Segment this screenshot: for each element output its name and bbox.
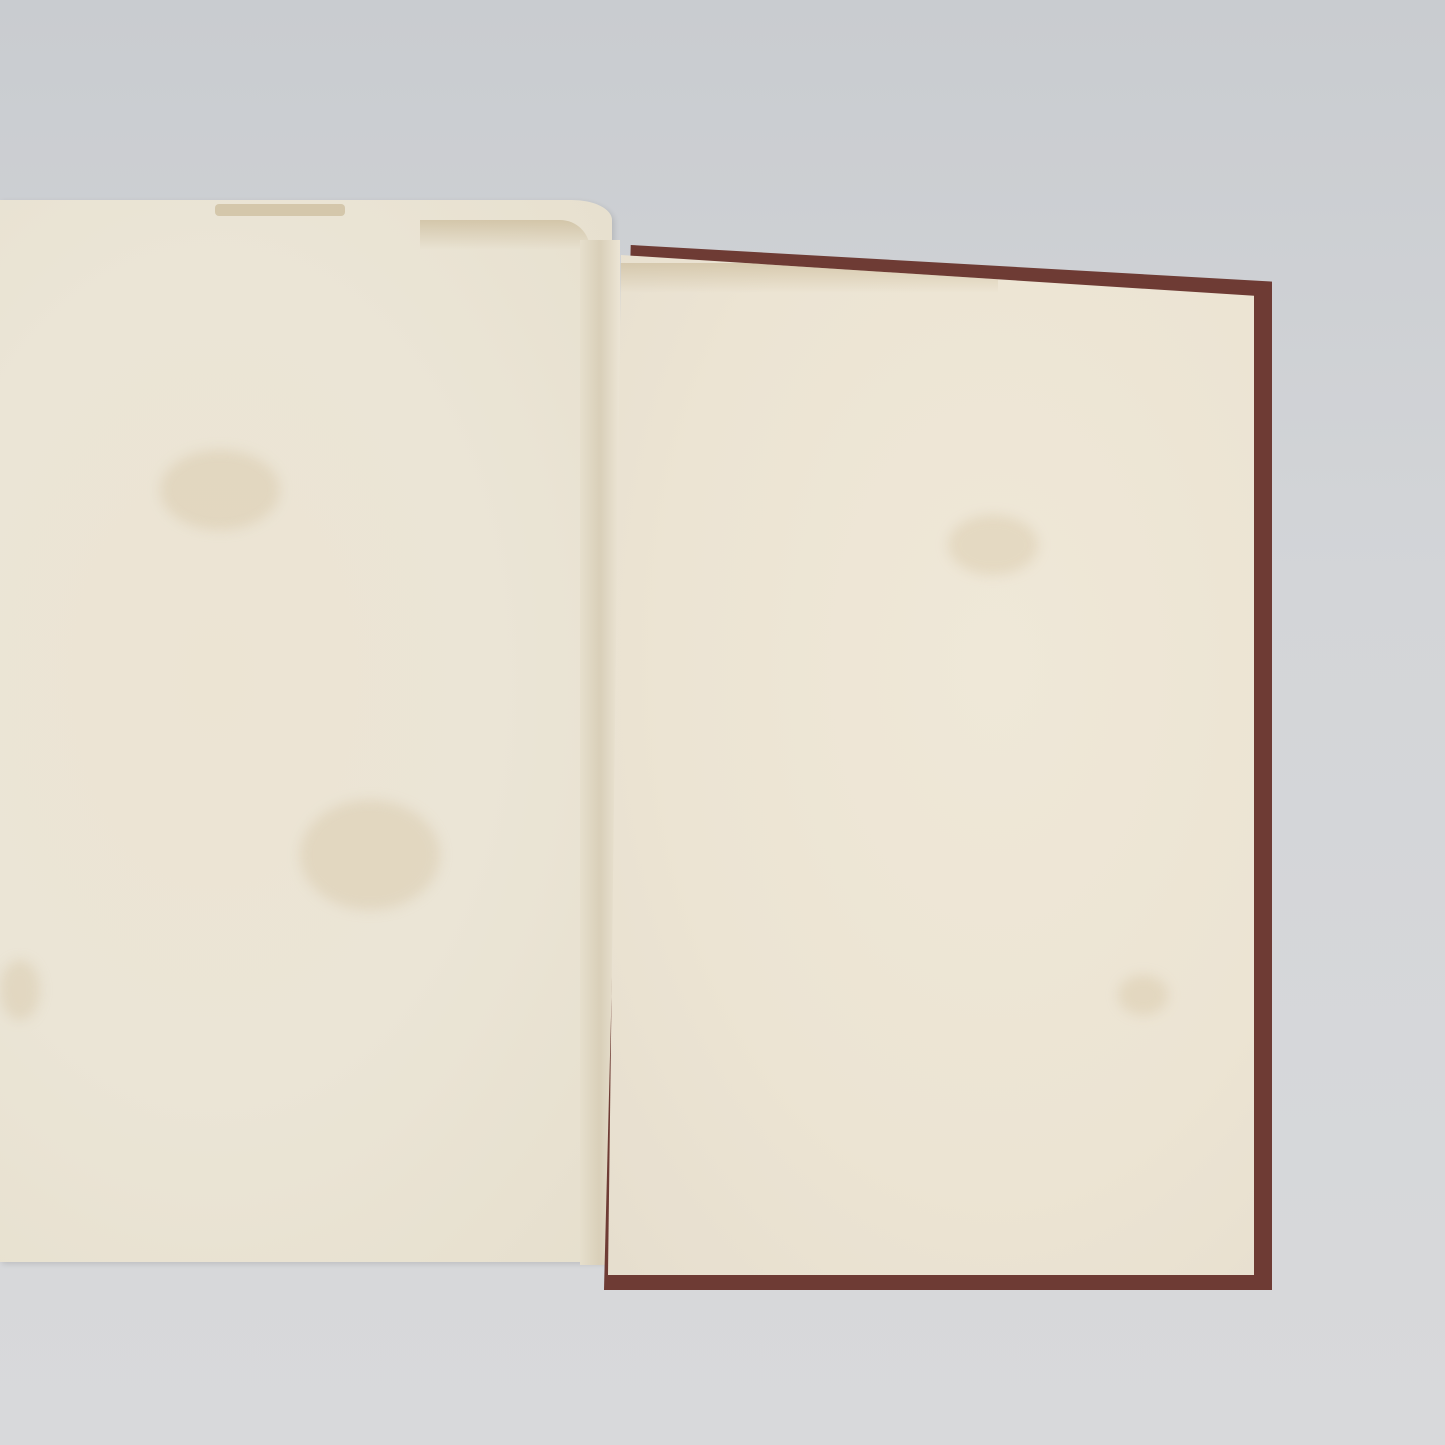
foxing-stain bbox=[0, 960, 40, 1020]
foxing-stain bbox=[1118, 975, 1168, 1015]
foxing-stain bbox=[300, 800, 440, 910]
right-page bbox=[608, 255, 1254, 1275]
photo-scene bbox=[0, 0, 1445, 1445]
foxing-stain bbox=[160, 450, 280, 530]
left-page bbox=[0, 200, 612, 1262]
foxing-stain bbox=[948, 515, 1038, 575]
